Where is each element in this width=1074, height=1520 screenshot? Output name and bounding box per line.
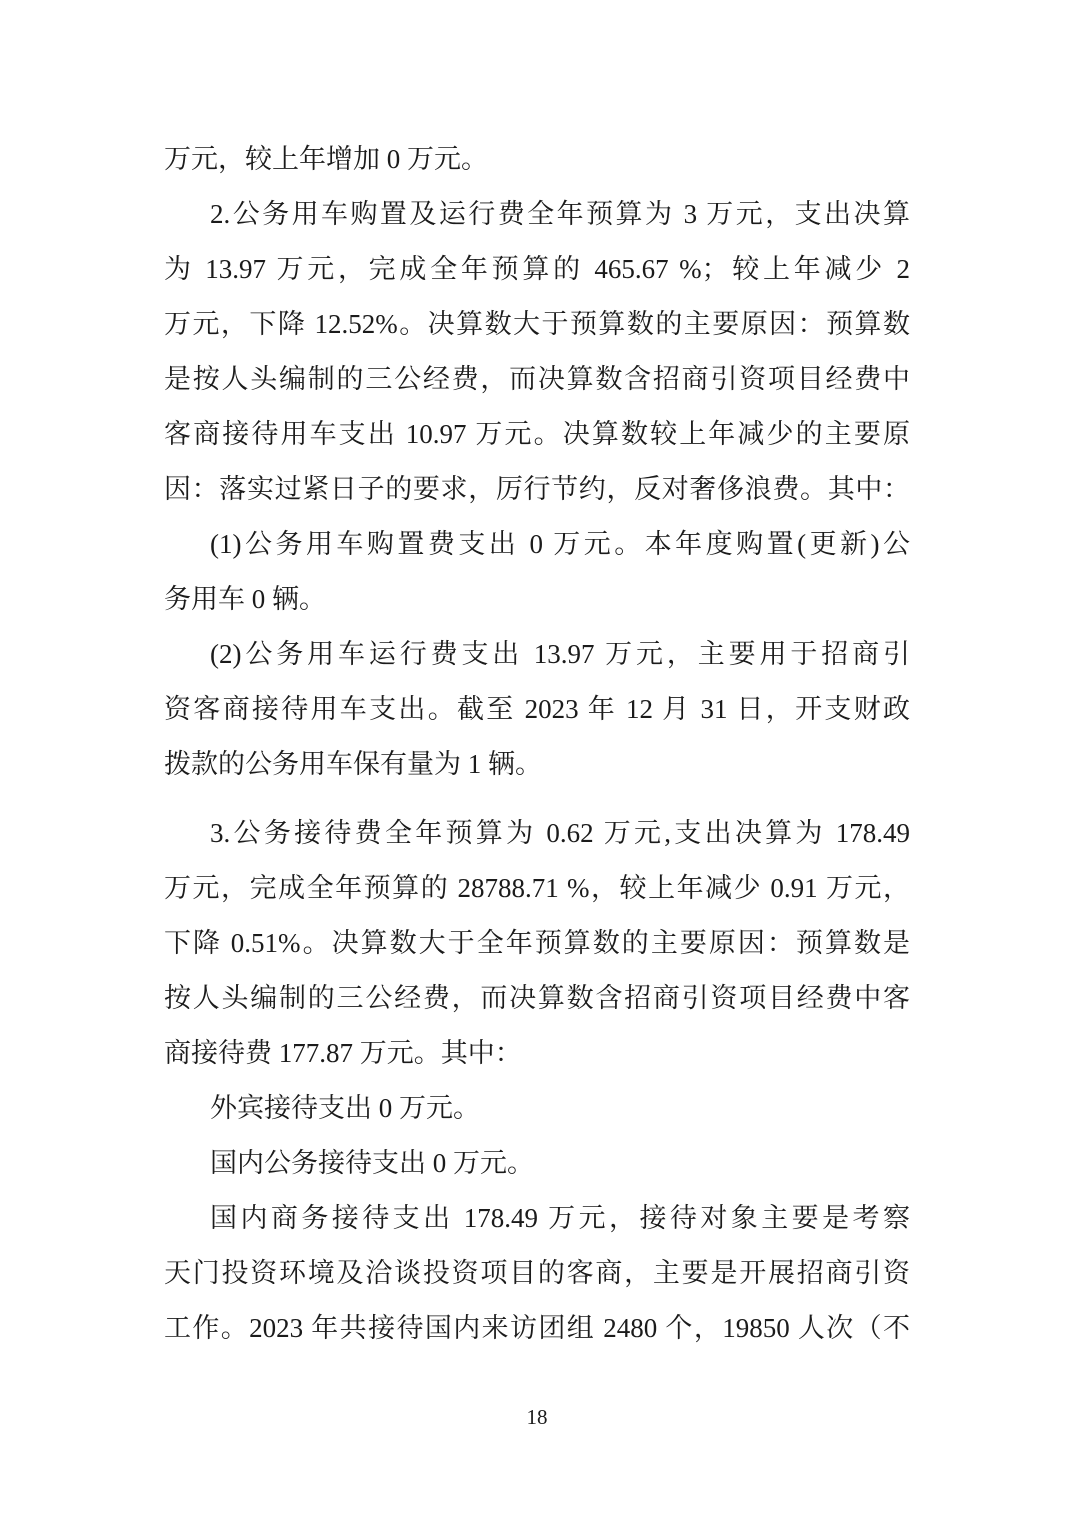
text-line: 万元，完成全年预算的 28788.71 %，较上年减少 0.91 万元， xyxy=(164,861,910,916)
text-line: 资客商接待用车支出。截至 2023 年 12 月 31 日，开支财政 xyxy=(164,682,910,737)
page-number: 18 xyxy=(0,1405,1074,1430)
text-line: 2.公务用车购置及运行费全年预算为 3 万元，支出决算 xyxy=(164,187,910,242)
text-line: 3.公务接待费全年预算为 0.62 万元,支出决算为 178.49 xyxy=(164,806,910,861)
text-line: 按人头编制的三公经费，而决算数含招商引资项目经费中客 xyxy=(164,971,910,1026)
text-line: 下降 0.51%。决算数大于全年预算数的主要原因：预算数是 xyxy=(164,916,910,971)
text-line: 万元，较上年增加 0 万元。 xyxy=(164,132,910,187)
text-line: 客商接待用车支出 10.97 万元。决算数较上年减少的主要原 xyxy=(164,407,910,462)
text-line: 天门投资环境及洽谈投资项目的客商，主要是开展招商引资 xyxy=(164,1246,910,1301)
text-line: 国内公务接待支出 0 万元。 xyxy=(164,1136,910,1191)
text-line: 为 13.97 万元，完成全年预算的 465.67 %；较上年减少 2 xyxy=(164,242,910,297)
text-line: 因：落实过紧日子的要求，厉行节约，反对奢侈浪费。其中： xyxy=(164,462,910,517)
text-line: 国内商务接待支出 178.49 万元，接待对象主要是考察 xyxy=(164,1191,910,1246)
text-line: 拨款的公务用车保有量为 1 辆。 xyxy=(164,737,910,792)
text-line: 商接待费 177.87 万元。其中： xyxy=(164,1026,910,1081)
text-line: (1)公务用车购置费支出 0 万元。本年度购置(更新)公 xyxy=(164,517,910,572)
text-line: 是按人头编制的三公经费，而决算数含招商引资项目经费中 xyxy=(164,352,910,407)
document-body: 万元，较上年增加 0 万元。2.公务用车购置及运行费全年预算为 3 万元，支出决… xyxy=(164,132,910,1356)
text-line: (2)公务用车运行费支出 13.97 万元，主要用于招商引 xyxy=(164,627,910,682)
text-line: 外宾接待支出 0 万元。 xyxy=(164,1081,910,1136)
text-line: 工作。2023 年共接待国内来访团组 2480 个，19850 人次（不 xyxy=(164,1301,910,1356)
text-line: 务用车 0 辆。 xyxy=(164,572,910,627)
text-line: 万元，下降 12.52%。决算数大于预算数的主要原因：预算数 xyxy=(164,297,910,352)
document-page: 万元，较上年增加 0 万元。2.公务用车购置及运行费全年预算为 3 万元，支出决… xyxy=(0,0,1074,1520)
